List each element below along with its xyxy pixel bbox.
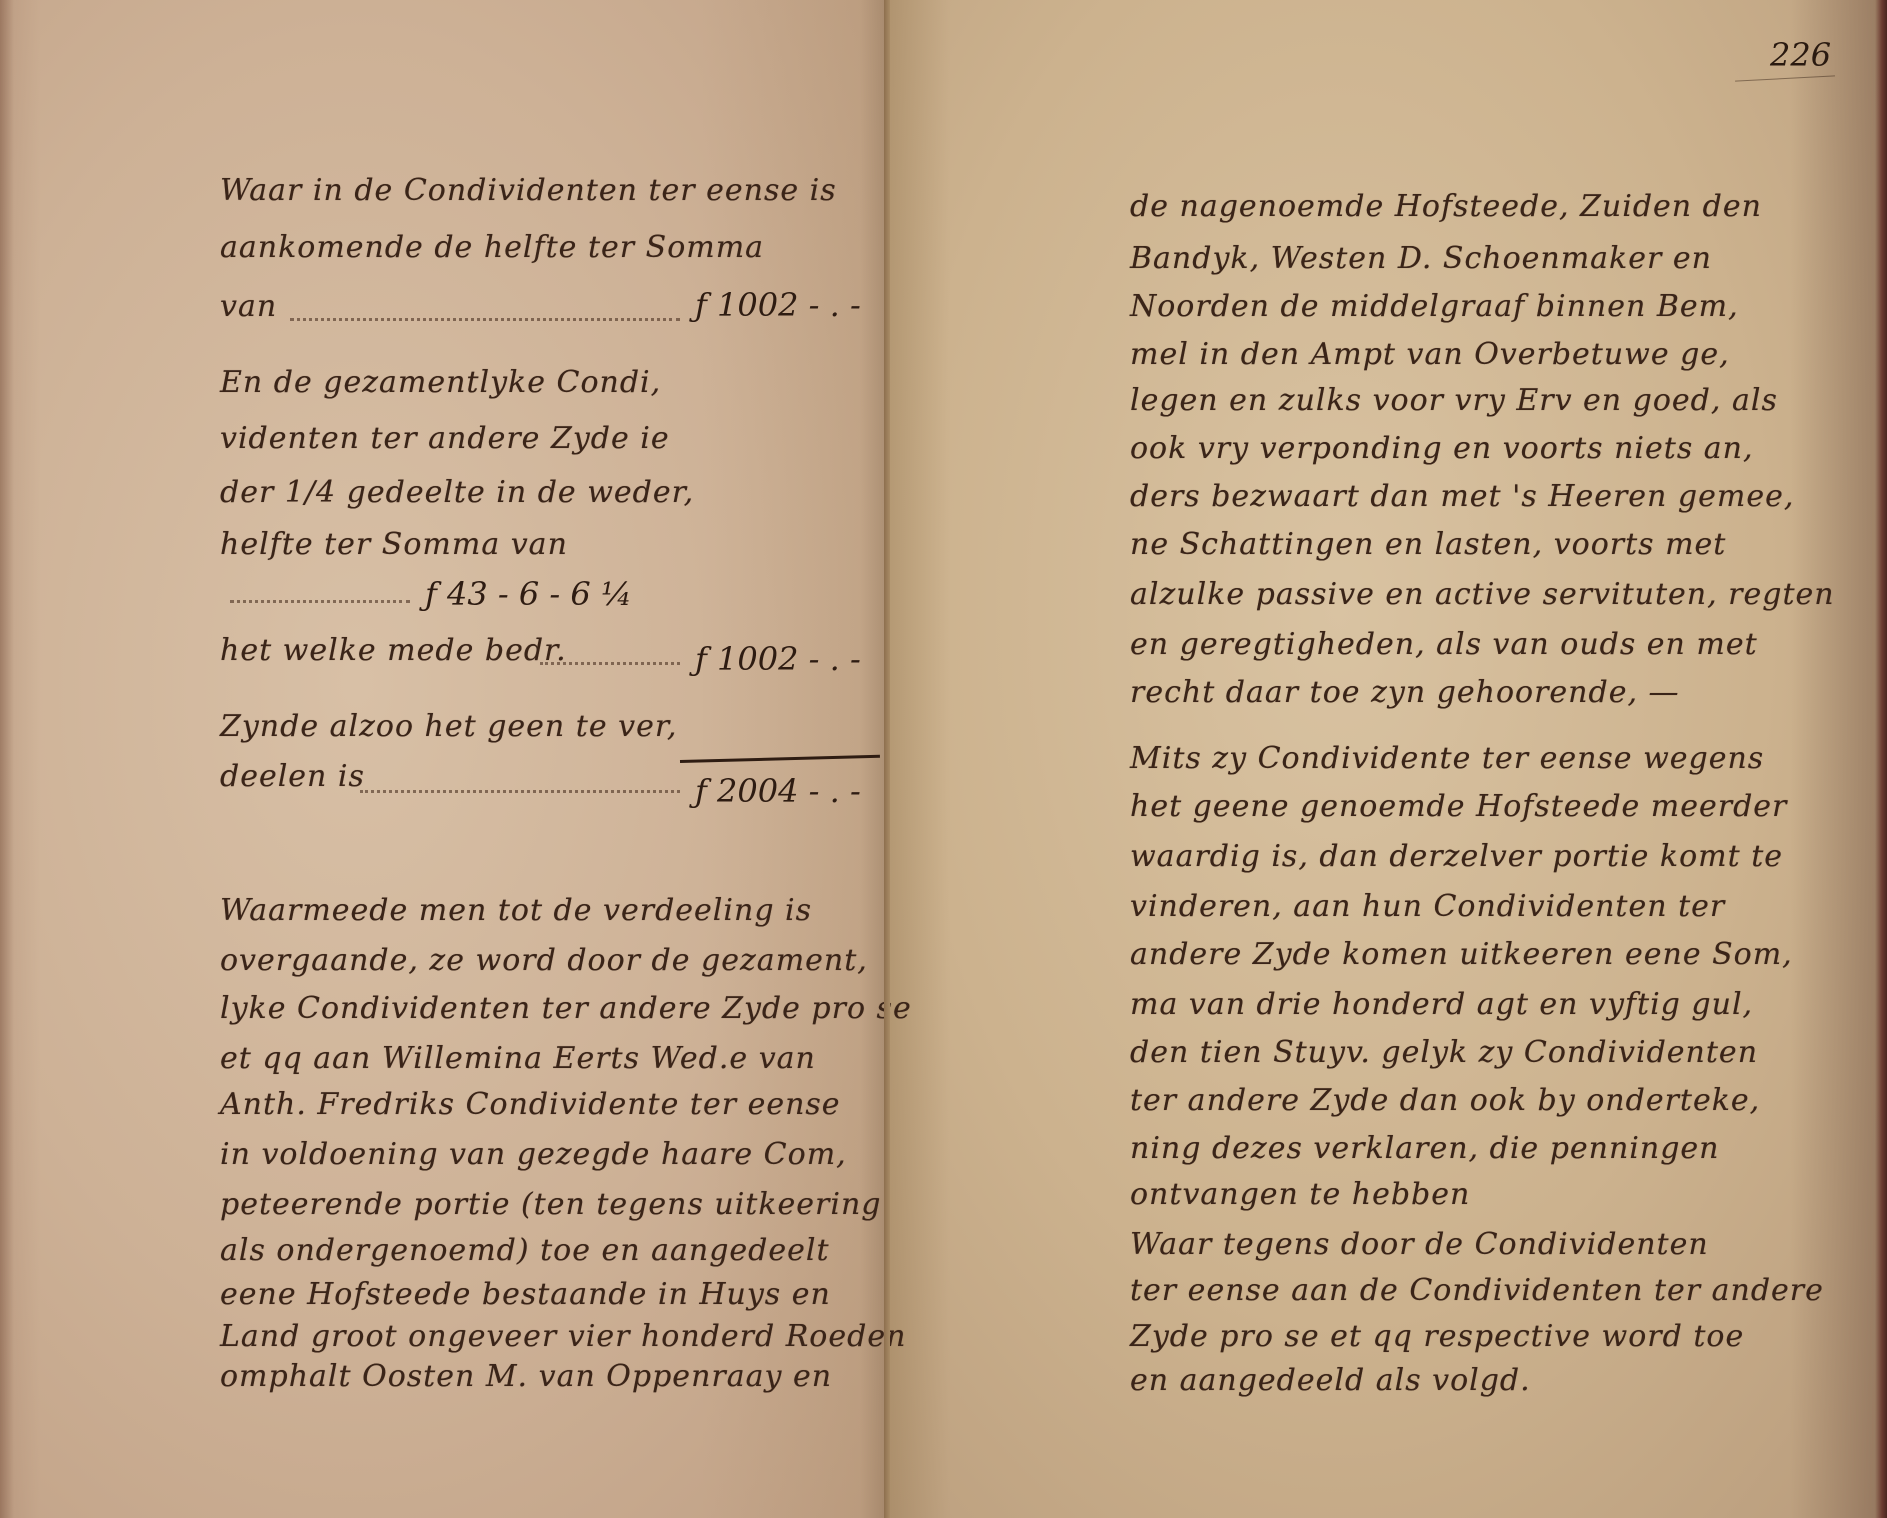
left-line-16: in voldoening van gezegde haare Com, <box>220 1140 847 1170</box>
right-line-6: ook vry verponding en voorts niets an, <box>1130 434 1754 464</box>
left-line-18: als ondergenoemd) toe en aangedeelt <box>220 1236 830 1266</box>
left-line-20: Land groot ongeveer vier honderd Roeden <box>220 1322 906 1352</box>
left-line-13: lyke Condividenten ter andere Zyde pro s… <box>220 994 912 1024</box>
left-line-5: videnten ter andere Zyde ie <box>220 424 670 454</box>
left-line-6: der 1/4 gedeelte in de weder, <box>220 478 694 508</box>
right-line-11: recht daar toe zyn gehoorende, — <box>1130 678 1680 708</box>
right-line-10: en geregtigheden, als van ouds en met <box>1130 630 1758 660</box>
left-line-3: van <box>220 292 277 322</box>
right-line-12: Mits zy Condividente ter eense wegens <box>1130 744 1764 774</box>
left-line-17: peteerende portie (ten tegens uitkeering <box>220 1190 882 1220</box>
right-line-2: Bandyk, Westen D. Schoenmaker en <box>1130 244 1712 274</box>
right-line-9: alzulke passive en active servituten, re… <box>1130 580 1835 610</box>
right-line-16: andere Zyde komen uitkeeren eene Som, <box>1130 940 1793 970</box>
left-line-19: eene Hofsteede bestaande in Huys en <box>220 1280 831 1310</box>
right-line-22: Waar tegens door de Condividenten <box>1130 1230 1709 1260</box>
right-line-20: ning dezes verklaren, die penningen <box>1130 1134 1720 1164</box>
left-line-21: omphalt Oosten M. van Oppenraay en <box>220 1362 832 1392</box>
right-line-5: legen en zulks voor vry Erv en goed, als <box>1130 386 1778 416</box>
book-gutter <box>884 0 890 1518</box>
right-line-23: ter eense aan de Condividenten ter ander… <box>1130 1276 1824 1306</box>
left-line-2: aankomende de helfte ter Somma <box>220 233 764 263</box>
right-line-25: en aangedeeld als volgd. <box>1130 1366 1531 1396</box>
left-line-11: Waarmeede men tot de verdeeling is <box>220 896 812 926</box>
right-line-8: ne Schattingen en lasten, voorts met <box>1130 530 1726 560</box>
left-line-9: Zynde alzoo het geen te ver, <box>220 712 677 742</box>
amount-helfte-tweede: ƒ 43 - 6 - 6 ¼ <box>425 575 632 613</box>
left-line-7: helfte ter Somma van <box>220 530 568 560</box>
leader-dots <box>540 662 680 665</box>
left-line-1: Waar in de Condividenten ter eense is <box>220 176 837 206</box>
right-line-3: Noorden de middelgraaf binnen Bem, <box>1130 292 1739 322</box>
left-line-8: het welke mede bedr. <box>220 636 567 666</box>
page-number: 226 <box>1770 36 1831 74</box>
left-line-15: Anth. Fredriks Condividente ter eense <box>220 1090 841 1120</box>
right-line-17: ma van drie honderd agt en vyftig gul, <box>1130 990 1753 1020</box>
right-line-13: het geene genoemde Hofsteede meerder <box>1130 792 1787 822</box>
left-line-4: En de gezamentlyke Condi, <box>220 368 661 398</box>
amount-mede-bedr: ƒ 1002 - . - <box>695 640 861 678</box>
leader-dots <box>230 600 410 603</box>
amount-helfte-eerste: ƒ 1002 - . - <box>695 286 861 324</box>
right-line-7: ders bezwaart dan met 's Heeren gemee, <box>1130 482 1794 512</box>
left-line-14: et qq aan Willemina Eerts Wed.e van <box>220 1044 816 1074</box>
left-line-10: deelen is <box>220 762 365 792</box>
right-line-15: vinderen, aan hun Condividenten ter <box>1130 892 1725 922</box>
leader-dots <box>290 318 680 321</box>
right-line-18: den tien Stuyv. gelyk zy Condividenten <box>1130 1038 1758 1068</box>
left-line-12: overgaande, ze word door de gezament, <box>220 946 868 976</box>
right-line-4: mel in den Ampt van Overbetuwe ge, <box>1130 340 1730 370</box>
right-line-21: ontvangen te hebben <box>1130 1180 1470 1210</box>
right-line-19: ter andere Zyde dan ook by onderteke, <box>1130 1086 1760 1116</box>
right-line-24: Zyde pro se et qq respective word toe <box>1130 1322 1744 1352</box>
leader-dots <box>360 790 680 793</box>
amount-total: ƒ 2004 - . - <box>695 772 861 810</box>
right-line-1: de nagenoemde Hofsteede, Zuiden den <box>1130 192 1762 222</box>
right-line-14: waardig is, dan derzelver portie komt te <box>1130 842 1783 872</box>
